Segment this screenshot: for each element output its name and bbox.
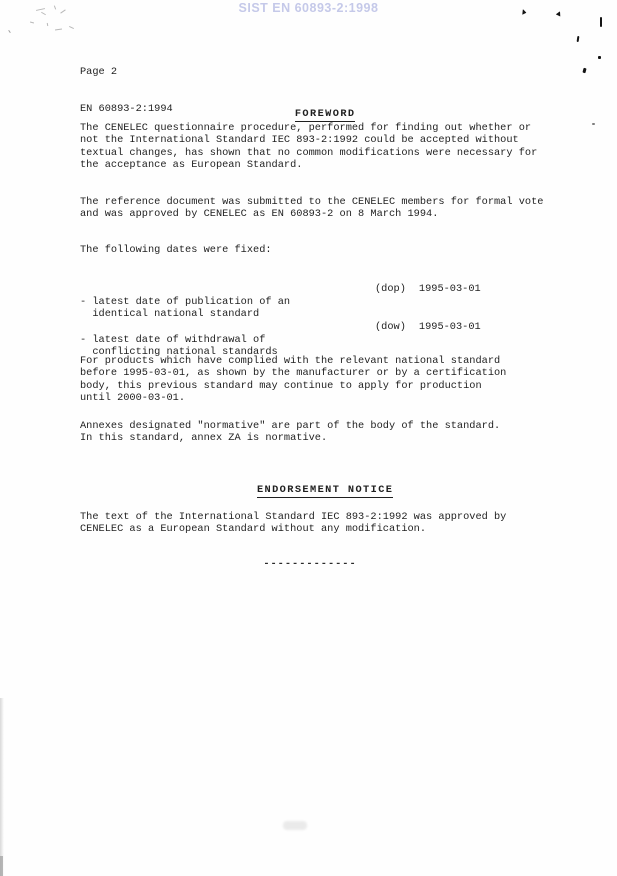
- ink-speck: [598, 56, 601, 59]
- date-code-row: (dow) 1995-03-01: [375, 321, 481, 333]
- pencil-scribble: [55, 29, 62, 31]
- pencil-scribble: [8, 30, 11, 33]
- end-divider: -------------: [80, 558, 540, 570]
- scan-edge-artifact: [0, 856, 3, 876]
- ink-speck: [577, 36, 580, 42]
- pencil-scribble: [30, 21, 34, 23]
- foreword-paragraph-1: The CENELEC questionnaire procedure, per…: [80, 122, 560, 172]
- dates-intro: The following dates were fixed:: [80, 244, 560, 256]
- date-code-row: (dop) 1995-03-01: [375, 283, 481, 295]
- foreword-paragraph-3: For products which have complied with th…: [80, 355, 560, 405]
- ink-speck: [592, 123, 595, 125]
- scan-smudge: [283, 821, 307, 830]
- date-code: (dop): [375, 283, 406, 295]
- date-code: (dow): [375, 321, 406, 333]
- foreword-paragraph-4: Annexes designated "normative" are part …: [80, 420, 560, 445]
- ink-speck: [600, 17, 602, 27]
- ink-speck: [582, 68, 586, 74]
- page-number: Page 2: [80, 66, 560, 78]
- pencil-scribble: [47, 23, 49, 26]
- scanned-document-page: SIST EN 60893-2:1998 Page 2 EN 60893-2:1…: [0, 0, 617, 876]
- endorsement-heading: ENDORSEMENT NOTICE: [80, 472, 540, 509]
- date-value: 1995-03-01: [419, 321, 481, 333]
- pencil-scribble: [69, 26, 74, 29]
- endorsement-paragraph: The text of the International Standard I…: [80, 511, 560, 536]
- date-value: 1995-03-01: [419, 283, 481, 295]
- scan-edge-artifact: [0, 698, 4, 876]
- foreword-paragraph-2: The reference document was submitted to …: [80, 196, 560, 221]
